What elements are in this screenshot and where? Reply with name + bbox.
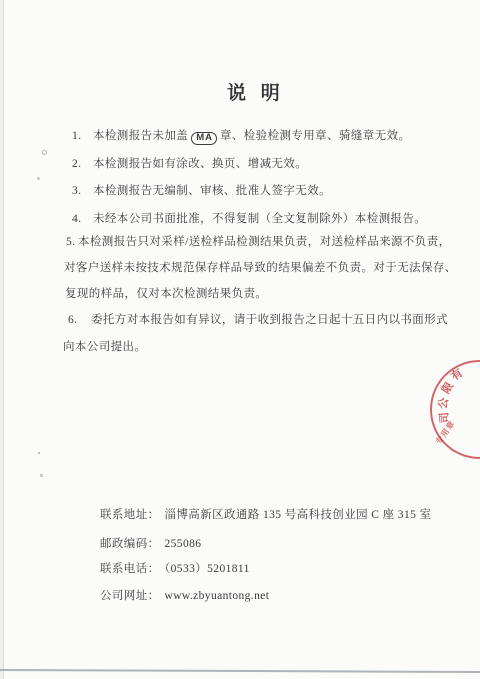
contact-postal-value: 255086 bbox=[165, 538, 202, 550]
scan-bottom-edge bbox=[0, 669, 480, 673]
scan-speck bbox=[38, 452, 40, 454]
item-number: 2. bbox=[72, 157, 93, 171]
scan-speck bbox=[42, 150, 47, 155]
document-page: 说 明 1.本检测报告未加盖MA章、检验检测专用章、骑缝章无效。 2.本检测报告… bbox=[0, 0, 480, 679]
notice-item-6-line-1: 6.委托方对本报告如有异议，请于收到报告之日起十五日内以书面形式 bbox=[68, 313, 448, 327]
item-number: 1. bbox=[72, 129, 93, 143]
item-text: 章、检验检测专用章、骑缝章无效。 bbox=[220, 130, 410, 142]
seal-arc-char: 司 bbox=[439, 411, 451, 423]
seal-arc-char: 公 bbox=[438, 397, 451, 410]
contact-phone-label: 联系电话： bbox=[100, 563, 160, 575]
scan-speck bbox=[37, 177, 40, 180]
notice-item-5-line-1: 5.本检测报告只对采样/送检样品检测结果负责，对送检样品来源不负责， bbox=[66, 235, 451, 249]
item-text: 本检测报告无编制、审核、批准人签字无效。 bbox=[93, 185, 331, 197]
contact-phone-value: （0533）5201811 bbox=[165, 563, 250, 575]
notice-item-4: 4.未经本公司书面批准，不得复制（全文复制除外）本检测报告。 bbox=[72, 212, 426, 226]
seal-arc-char: 限 bbox=[441, 381, 456, 396]
seal-arc-char: 有 bbox=[450, 368, 465, 383]
item-number: 4. bbox=[72, 212, 93, 226]
item-text: 复现的样品，仅对本次检测结果负责。 bbox=[65, 288, 267, 300]
item-text: 委托方对本报告如有异议，请于收到报告之日起十五日内以书面形式 bbox=[91, 314, 448, 326]
cma-mark-icon: MA bbox=[191, 132, 217, 145]
contact-phone: 联系电话：（0533）5201811 bbox=[100, 562, 250, 576]
item-text: 本检测报告未加盖 bbox=[93, 130, 188, 142]
item-number: 5. bbox=[66, 235, 78, 249]
contact-website-label: 公司网址： bbox=[100, 590, 160, 602]
notice-item-6-line-2: 向本公司提出。 bbox=[63, 340, 146, 354]
notice-item-2: 2.本检测报告如有涂改、换页、增减无效。 bbox=[72, 157, 307, 171]
contact-website: 公司网址：www.zbyuantong.net bbox=[100, 589, 269, 603]
item-number: 3. bbox=[72, 184, 93, 198]
contact-address: 联系地址：淄博高新区政通路 135 号高科技创业园 C 座 315 室 bbox=[100, 508, 431, 522]
notice-item-3: 3.本检测报告无编制、审核、批准人签字无效。 bbox=[72, 184, 331, 198]
notice-item-5-line-2: 对客户送样未按技术规范保存样品导致的结果偏差不负责。对于无法保存、 bbox=[64, 261, 457, 275]
item-text: 向本公司提出。 bbox=[63, 341, 146, 353]
item-text: 对客户送样未按技术规范保存样品导致的结果偏差不负责。对于无法保存、 bbox=[64, 262, 457, 274]
contact-postal-code: 邮政编码：255086 bbox=[100, 537, 201, 551]
scan-left-edge bbox=[0, 0, 4, 679]
contact-postal-label: 邮政编码： bbox=[100, 538, 160, 550]
item-text: 未经本公司书面批准，不得复制（全文复制除外）本检测报告。 bbox=[93, 213, 426, 225]
seal-inner-text: 专用章 bbox=[433, 418, 457, 446]
item-number: 6. bbox=[68, 313, 91, 327]
page-title: 说 明 bbox=[227, 78, 285, 105]
contact-address-label: 联系地址： bbox=[100, 509, 160, 521]
item-text: 本检测报告只对采样/送检样品检测结果负责，对送检样品来源不负责， bbox=[78, 236, 451, 248]
seal-circle bbox=[430, 360, 480, 459]
notice-item-1: 1.本检测报告未加盖MA章、检验检测专用章、骑缝章无效。 bbox=[72, 129, 410, 145]
contact-address-value: 淄博高新区政通路 135 号高科技创业园 C 座 315 室 bbox=[165, 509, 432, 521]
contact-website-value: www.zbyuantong.net bbox=[165, 590, 270, 602]
scan-speck bbox=[40, 474, 43, 477]
notice-item-5-line-3: 复现的样品，仅对本次检测结果负责。 bbox=[65, 287, 267, 301]
item-text: 本检测报告如有涂改、换页、增减无效。 bbox=[93, 158, 307, 170]
